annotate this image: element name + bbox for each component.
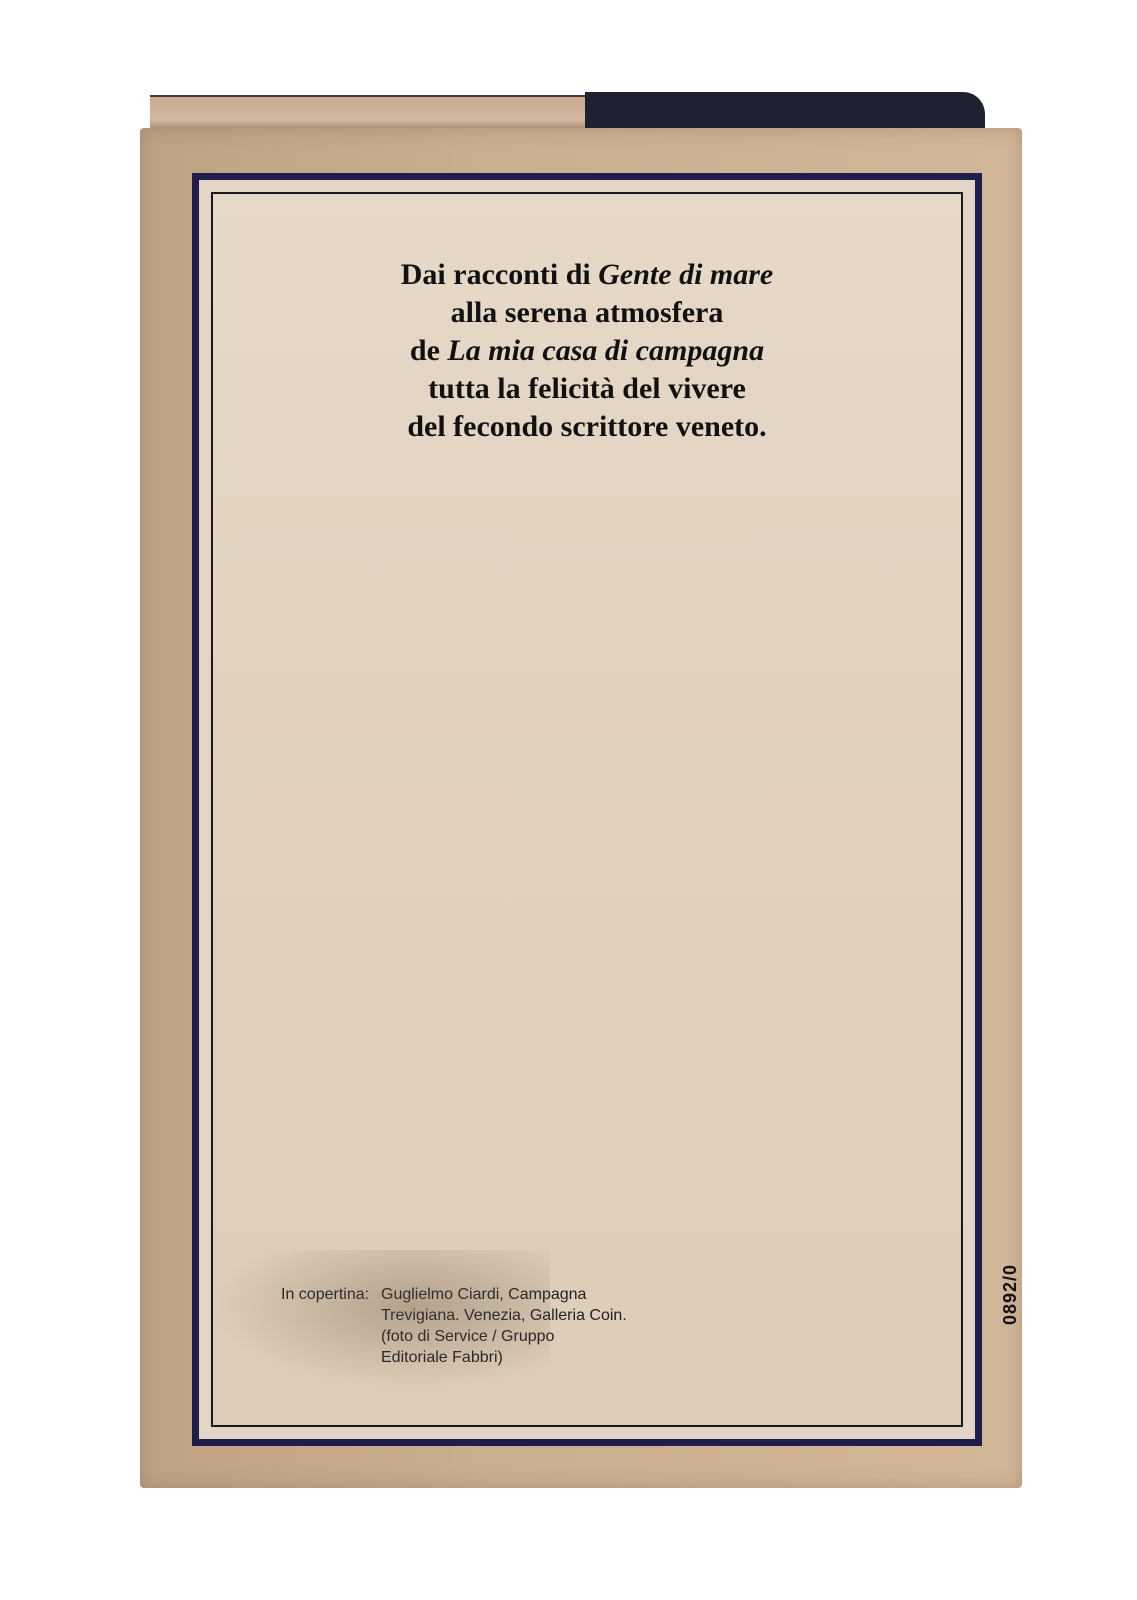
blurb-line-5: del fecondo scrittore veneto. xyxy=(213,408,961,446)
catalog-code: 0892/0 xyxy=(1000,1264,1021,1325)
cover-inner-panel: Dai racconti di Gente di mare alla seren… xyxy=(211,192,963,1427)
blurb-line-3: de La mia casa di campagna xyxy=(213,332,961,370)
water-stain xyxy=(210,1250,550,1390)
blurb-line-1: Dai racconti di Gente di mare xyxy=(213,256,961,294)
blurb-line-4: tutta la felicità del vivere xyxy=(213,370,961,408)
blurb-line-2: alla serena atmosfera xyxy=(213,294,961,332)
cover-blurb: Dai racconti di Gente di mare alla seren… xyxy=(213,256,961,446)
